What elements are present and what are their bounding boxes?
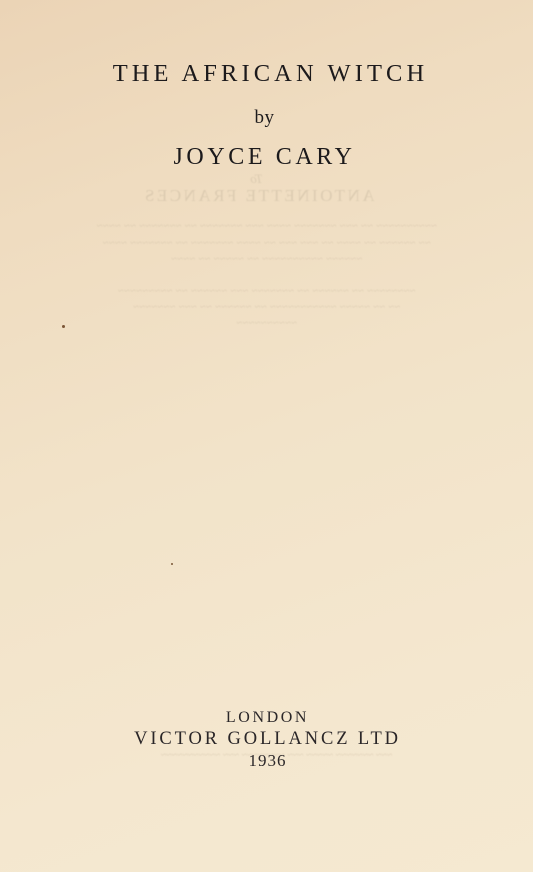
foxing-speck — [62, 325, 65, 328]
show-through-line: ~~ ~~~~~~ ~~ ~~~~ ~~ ~~~ ~~~ ~~ ~~~~ ~~~… — [0, 239, 533, 250]
show-through-line: ~~~~~~~~~~ ~~ ~~~ ~~~~~~~ ~~~~ ~~~ ~~~~~… — [0, 222, 533, 233]
show-through-dedication-name: ANTOINETTE FRANCES — [0, 187, 525, 204]
imprint-city: LONDON — [1, 710, 533, 726]
show-through-line: ~~~~~~~~ ~~ ~~~~~~ ~~ ~~~~~~~ ~~~ ~~~~~~… — [0, 287, 533, 298]
author-name: JOYCE CARY — [0, 145, 531, 169]
show-through-line: ~~ ~~ ~~~~~ ~~~~~~~~~~~ ~~ ~~~~~~ ~~ ~~~… — [0, 303, 533, 314]
byline: by — [0, 108, 531, 127]
imprint-publisher: VICTOR GOLLANCZ LTD — [1, 730, 533, 749]
show-through-line: ~~~~~~~~~~ — [0, 319, 533, 330]
show-through-line: ~~~~~~ ~~~~~~~~~~ ~~ ~~~~~ ~~ ~~~~ — [0, 255, 533, 266]
foxing-speck — [171, 563, 173, 565]
show-through-dedication-to: To — [0, 172, 523, 185]
book-title: THE AFRICAN WITCH — [0, 62, 533, 87]
title-page: To ANTOINETTE FRANCES ~~~~~~~~~~ ~~ ~~~ … — [0, 0, 533, 872]
imprint-year: 1936 — [1, 752, 533, 769]
